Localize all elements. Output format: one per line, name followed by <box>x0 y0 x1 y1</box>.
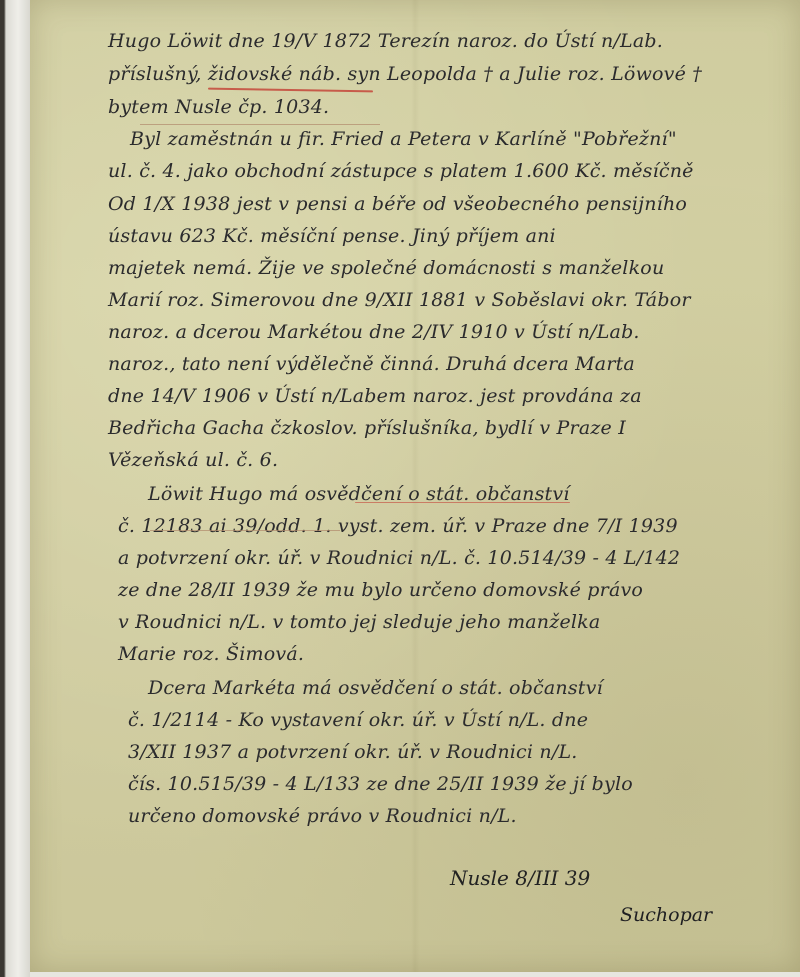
text-line: Bedřicha Gacha čzkoslov. příslušníka, by… <box>108 417 626 439</box>
text-line: Od 1/X 1938 jest v pensi a béře od všeob… <box>108 193 687 215</box>
faint-underline <box>140 124 380 125</box>
red-underline <box>208 88 373 93</box>
scanned-document: Hugo Löwit dne 19/V 1872 Terezín naroz. … <box>0 0 800 977</box>
text-line: příslušný, židovské náb. syn Leopolda † … <box>108 63 702 85</box>
text-line: bytem Nusle čp. 1034. <box>108 96 329 118</box>
text-line: a potvrzení okr. úř. v Roudnici n/L. č. … <box>118 547 680 569</box>
text-line: Marií roz. Simerovou dne 9/XII 1881 v So… <box>108 289 691 311</box>
text-line: Hugo Löwit dne 19/V 1872 Terezín naroz. … <box>108 30 663 52</box>
text-line: v Roudnici n/L. v tomto jej sleduje jeho… <box>118 611 600 633</box>
text-line: Vězeňská ul. č. 6. <box>108 449 278 471</box>
text-line: dne 14/V 1906 v Ústí n/Labem naroz. jest… <box>108 385 642 407</box>
text-line: 3/XII 1937 a potvrzení okr. úř. v Roudni… <box>128 741 578 763</box>
text-line: ze dne 28/II 1939 že mu bylo určeno domo… <box>118 579 643 601</box>
red-underline <box>355 502 570 503</box>
text-line: určeno domovské právo v Roudnici n/L. <box>128 805 517 827</box>
text-line: č. 12183 ai 39/odd. 1. vyst. zem. úř. v … <box>118 515 678 537</box>
text-line: čís. 10.515/39 - 4 L/133 ze dne 25/II 19… <box>128 773 633 795</box>
faint-underline <box>150 530 340 531</box>
text-line: majetek nemá. Žije ve společné domácnost… <box>108 257 664 279</box>
text-line: Dcera Markéta má osvědčení o stát. občan… <box>148 677 603 699</box>
signature: Suchopar <box>620 904 712 926</box>
scan-margin <box>0 0 32 977</box>
place-and-date: Nusle 8/III 39 <box>450 866 590 890</box>
text-line: ústavu 623 Kč. měsíční pense. Jiný příje… <box>108 225 556 247</box>
text-line: č. 1/2114 - Ko vystavení okr. úř. v Ústí… <box>128 709 588 731</box>
text-line: Byl zaměstnán u fir. Fried a Petera v Ka… <box>130 128 677 150</box>
text-line: ul. č. 4. jako obchodní zástupce s plate… <box>108 160 694 182</box>
paper-sheet: Hugo Löwit dne 19/V 1872 Terezín naroz. … <box>30 0 800 972</box>
text-line: Marie roz. Šimová. <box>118 643 304 665</box>
text-line: naroz. a dcerou Markétou dne 2/IV 1910 v… <box>108 321 640 343</box>
text-line: naroz., tato není výdělečně činná. Druhá… <box>108 353 635 375</box>
